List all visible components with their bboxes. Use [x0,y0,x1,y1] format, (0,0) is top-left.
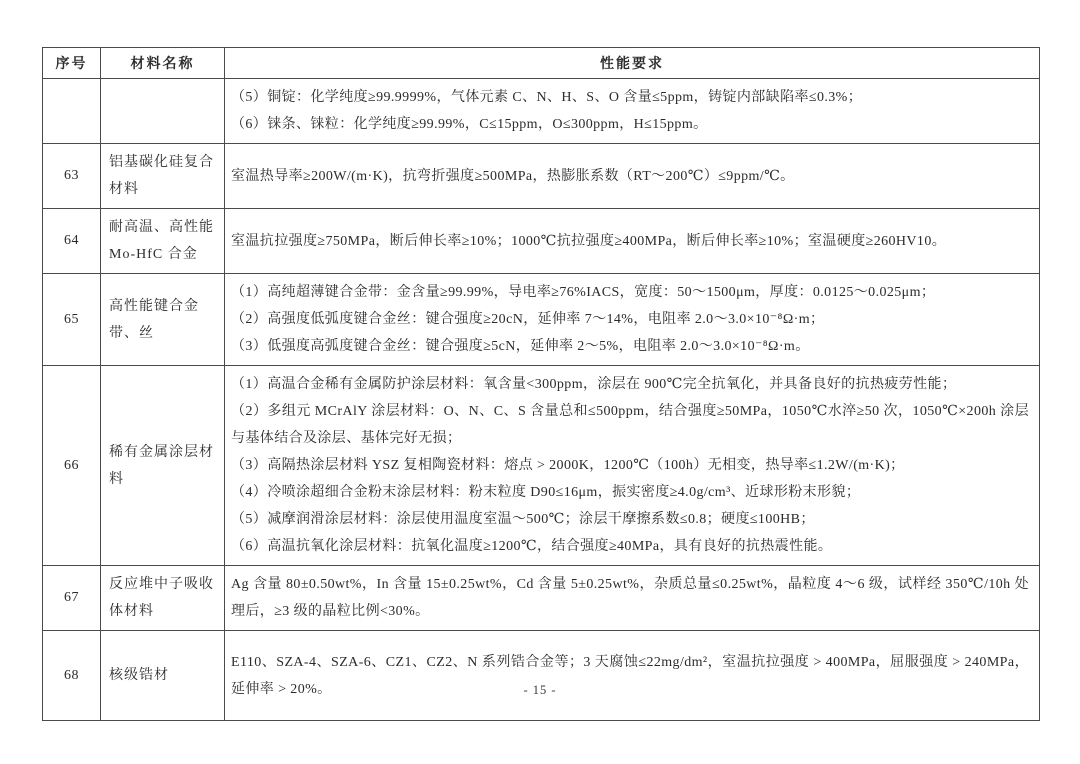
requirement-line: （3）低强度高弧度键合金丝：键合强度≥5cN，延伸率 2～5%，电阻率 2.0～… [231,333,1029,360]
row-performance-requirements: （5）铜锭：化学纯度≥99.9999%，气体元素 C、N、H、S、O 含量≤5p… [225,79,1040,144]
table-row: 67反应堆中子吸收体材料Ag 含量 80±0.50wt%，In 含量 15±0.… [43,566,1040,631]
requirement-line: Ag 含量 80±0.50wt%，In 含量 15±0.25wt%，Cd 含量 … [231,571,1029,625]
table-header-row: 序号 材料名称 性能要求 [43,48,1040,79]
requirement-line: （5）减摩润滑涂层材料：涂层使用温度室温～500℃；涂层干摩擦系数≤0.8；硬度… [231,506,1029,533]
row-material-name: 高性能键合金带、丝 [101,274,225,366]
row-material-name [101,79,225,144]
requirement-line: （1）高温合金稀有金属防护涂层材料：氧含量<300ppm，涂层在 900℃完全抗… [231,371,1029,398]
header-material-name: 材料名称 [101,48,225,79]
table-row: 66稀有金属涂层材料（1）高温合金稀有金属防护涂层材料：氧含量<300ppm，涂… [43,366,1040,566]
requirement-line: （2）多组元 MCrAlY 涂层材料：O、N、C、S 含量总和≤500ppm，结… [231,398,1029,452]
requirement-line: （2）高强度低弧度键合金丝：键合强度≥20cN，延伸率 7～14%，电阻率 2.… [231,306,1029,333]
requirement-line: （1）高纯超薄键合金带：金含量≥99.99%，导电率≥76%IACS，宽度：50… [231,279,1029,306]
row-material-name: 稀有金属涂层材料 [101,366,225,566]
row-performance-requirements: （1）高纯超薄键合金带：金含量≥99.99%，导电率≥76%IACS，宽度：50… [225,274,1040,366]
row-serial-number: 67 [43,566,101,631]
table-row: 64耐高温、高性能 Mo-HfC 合金室温抗拉强度≥750MPa，断后伸长率≥1… [43,209,1040,274]
requirement-line: 室温抗拉强度≥750MPa，断后伸长率≥10%；1000℃抗拉强度≥400MPa… [231,228,1029,255]
row-performance-requirements: E110、SZA-4、SZA-6、CZ1、CZ2、N 系列锆合金等；3 天腐蚀≤… [225,631,1040,721]
header-serial-number: 序号 [43,48,101,79]
row-serial-number: 66 [43,366,101,566]
row-performance-requirements: Ag 含量 80±0.50wt%，In 含量 15±0.25wt%，Cd 含量 … [225,566,1040,631]
requirement-line: （6）铼条、铼粒：化学纯度≥99.99%，C≤15ppm，O≤300ppm，H≤… [231,111,1029,138]
table-row: 68核级锆材E110、SZA-4、SZA-6、CZ1、CZ2、N 系列锆合金等；… [43,631,1040,721]
row-material-name: 耐高温、高性能 Mo-HfC 合金 [101,209,225,274]
row-serial-number: 65 [43,274,101,366]
document-page: 序号 材料名称 性能要求 （5）铜锭：化学纯度≥99.9999%，气体元素 C、… [0,0,1080,764]
requirement-line: 室温热导率≥200W/(m·K)，抗弯折强度≥500MPa，热膨胀系数（RT～2… [231,163,1029,190]
table-row: 65高性能键合金带、丝（1）高纯超薄键合金带：金含量≥99.99%，导电率≥76… [43,274,1040,366]
header-performance-requirements: 性能要求 [225,48,1040,79]
table-row: 63铝基碳化硅复合材料室温热导率≥200W/(m·K)，抗弯折强度≥500MPa… [43,144,1040,209]
row-performance-requirements: 室温抗拉强度≥750MPa，断后伸长率≥10%；1000℃抗拉强度≥400MPa… [225,209,1040,274]
materials-spec-table: 序号 材料名称 性能要求 （5）铜锭：化学纯度≥99.9999%，气体元素 C、… [42,47,1040,721]
row-performance-requirements: 室温热导率≥200W/(m·K)，抗弯折强度≥500MPa，热膨胀系数（RT～2… [225,144,1040,209]
table-body: （5）铜锭：化学纯度≥99.9999%，气体元素 C、N、H、S、O 含量≤5p… [43,79,1040,721]
table-row: （5）铜锭：化学纯度≥99.9999%，气体元素 C、N、H、S、O 含量≤5p… [43,79,1040,144]
row-serial-number: 64 [43,209,101,274]
row-material-name: 核级锆材 [101,631,225,721]
row-performance-requirements: （1）高温合金稀有金属防护涂层材料：氧含量<300ppm，涂层在 900℃完全抗… [225,366,1040,566]
row-serial-number [43,79,101,144]
requirement-line: （5）铜锭：化学纯度≥99.9999%，气体元素 C、N、H、S、O 含量≤5p… [231,84,1029,111]
requirement-line: （4）冷喷涂超细合金粉末涂层材料：粉末粒度 D90≤16μm，振实密度≥4.0g… [231,479,1029,506]
requirement-line: （3）高隔热涂层材料 YSZ 复相陶瓷材料：熔点 > 2000K，1200℃（1… [231,452,1029,479]
row-serial-number: 68 [43,631,101,721]
row-serial-number: 63 [43,144,101,209]
requirement-line: （6）高温抗氧化涂层材料：抗氧化温度≥1200℃，结合强度≥40MPa，具有良好… [231,533,1029,560]
row-material-name: 反应堆中子吸收体材料 [101,566,225,631]
page-number: - 15 - [0,683,1080,698]
row-material-name: 铝基碳化硅复合材料 [101,144,225,209]
